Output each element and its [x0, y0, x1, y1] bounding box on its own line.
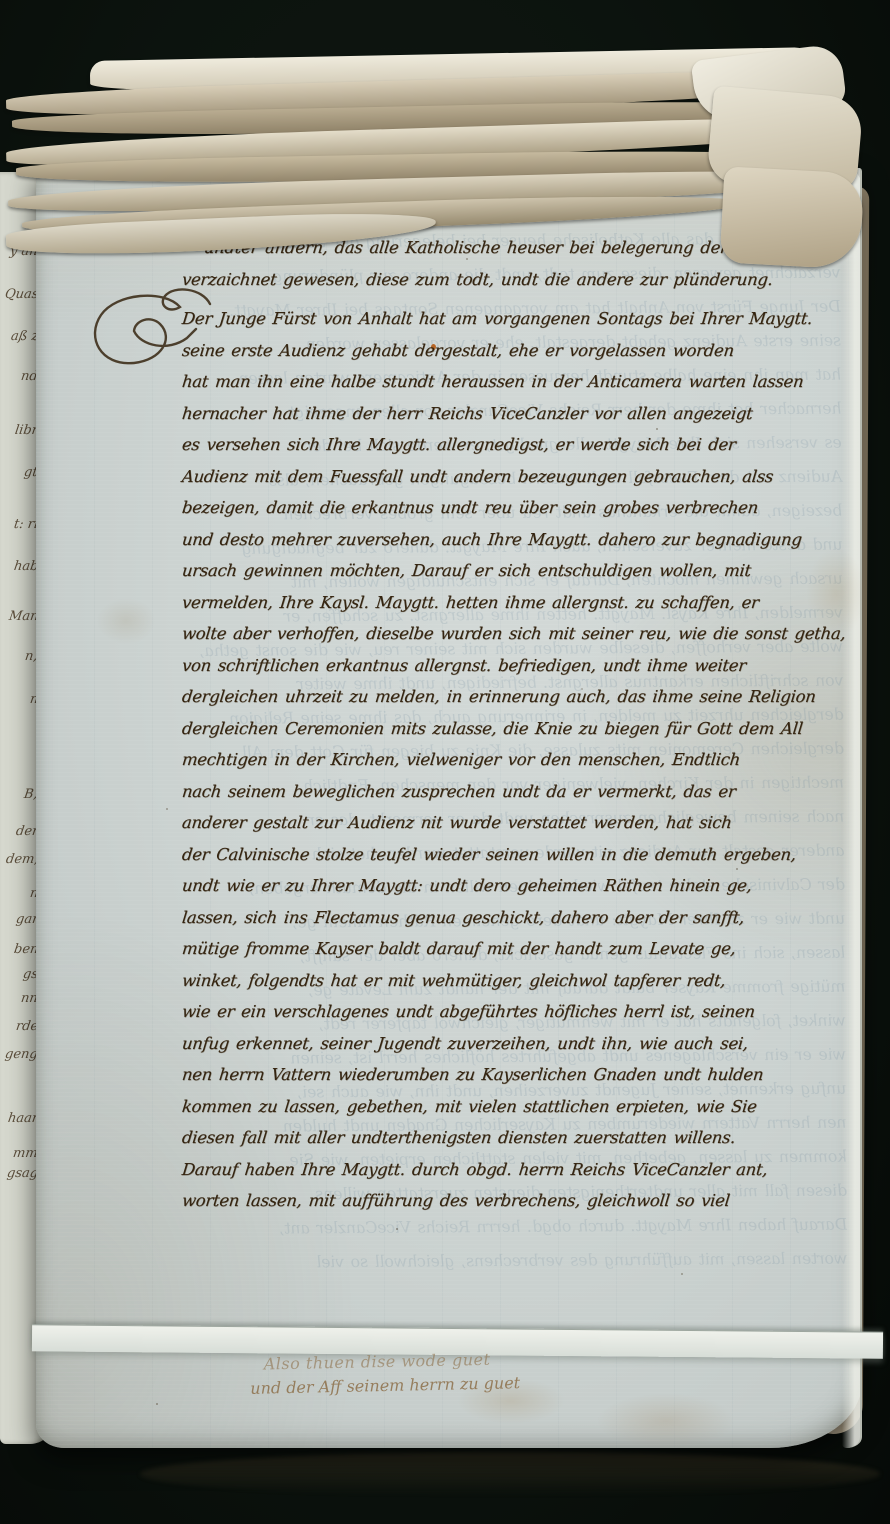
manuscript-line: es versehen sich Ihre Maygtt. allergnedi… — [180, 429, 863, 461]
manuscript-line: wie er ein verschlagenes undt abgeführte… — [180, 996, 863, 1028]
manuscript-line: der Calvinische stolze teufel wieder sei… — [180, 839, 863, 871]
table-shadow — [140, 1452, 880, 1496]
text-fragment: mm — [12, 1147, 38, 1160]
manuscript-text: undter andern, das alle Katholische heus… — [182, 232, 862, 1217]
marginal-note-line: und der Aff seinem herrn zu guet — [250, 1371, 520, 1401]
manuscript-line: lassen, sich ins Flectamus genua geschic… — [180, 902, 863, 934]
manuscript-line: mütige fromme Kayser baldt darauf mit de… — [180, 933, 863, 965]
manuscript-line: Der Junge Fürst von Anhalt hat am vorgan… — [180, 303, 863, 335]
bleedthrough-line: worten lassen, mit aufführung des verbre… — [156, 1242, 849, 1281]
manuscript-line: ursach gewinnen möchten, Darauf er sich … — [180, 555, 863, 587]
manuscript-line: vermelden, Ihre Kaysl. Maygtt. hetten ih… — [180, 587, 863, 619]
manuscript-line: mechtigen in der Kirchen, vielweniger vo… — [180, 744, 863, 776]
manuscript-line: kommen zu lassen, gebethen, mit vielen s… — [180, 1091, 863, 1123]
stain — [596, 1393, 736, 1449]
manuscript-line: nen herrn Vattern wiederumben zu Kayserl… — [180, 1059, 863, 1091]
manuscript-line: hat man ihn eine halbe stundt heraussen … — [180, 366, 863, 398]
stain — [96, 598, 156, 644]
text-fragment: aß z — [10, 330, 39, 343]
folded-corner — [720, 166, 865, 269]
text-fragment: ben — [13, 943, 39, 956]
text-fragment: Man — [8, 610, 39, 623]
manuscript-line: verzaichnet gewesen, diese zum todt, und… — [180, 264, 863, 296]
manuscript-line: wolte aber verhoffen, dieselbe wurden si… — [180, 618, 863, 650]
manuscript-line: unfug erkennet, seiner Jugendt zuverzeih… — [180, 1028, 863, 1060]
manuscript-line: hernacher hat ihme der herr Reichs ViceC… — [180, 398, 863, 430]
manuscript-line: Audienz mit dem Fuessfall undt andern be… — [180, 461, 863, 493]
manuscript-line: winket, folgendts hat er mit wehmütiger,… — [180, 965, 863, 997]
text-fragment: hab — [13, 560, 39, 573]
manuscript-photo: y anQuasaß zndlibrgtt: rihabMann,nB,derd… — [0, 0, 890, 1524]
text-fragment: gsag — [6, 1167, 39, 1180]
manuscript-line: nach seinem beweglichen zusprechen undt … — [180, 776, 863, 808]
manuscript-line: von schriftlichen erkantnus allergnst. b… — [180, 650, 863, 682]
manuscript-line: und desto mehrer zuversehen, auch Ihre M… — [180, 524, 863, 556]
manuscript-line: anderer gestalt zur Audienz nit wurde ve… — [180, 807, 863, 839]
text-fragment: Quas — [4, 288, 39, 301]
text-fragment: haar — [7, 1112, 39, 1125]
manuscript-line: Darauf haben Ihre Maygtt. durch obgd. he… — [180, 1154, 863, 1186]
manuscript-line: worten lassen, mit aufführung des verbre… — [180, 1185, 863, 1217]
manuscript-page: 69 undter andern, das alle Katholische h… — [36, 168, 862, 1448]
marginal-note: Also thuen dise wode guet und der Aff se… — [250, 1347, 521, 1401]
book-page-edges — [6, 50, 842, 240]
manuscript-line: diesen fall mit aller undterthenigsten d… — [180, 1122, 863, 1154]
manuscript-line: seine erste Audienz gehabt dergestalt, e… — [180, 335, 863, 367]
manuscript-line: dergleichen Ceremonien mits zulasse, die… — [180, 713, 863, 745]
text-fragment: dem, — [5, 853, 39, 866]
manuscript-line: bezeigen, damit die erkantnus undt reu ü… — [180, 492, 863, 524]
manuscript-line: undt wie er zu Ihrer Maygtt: undt dero g… — [180, 870, 863, 902]
text-fragment: geng — [4, 1048, 39, 1061]
manuscript-line: dergleichen uhrzeit zu melden, in erinne… — [180, 681, 863, 713]
